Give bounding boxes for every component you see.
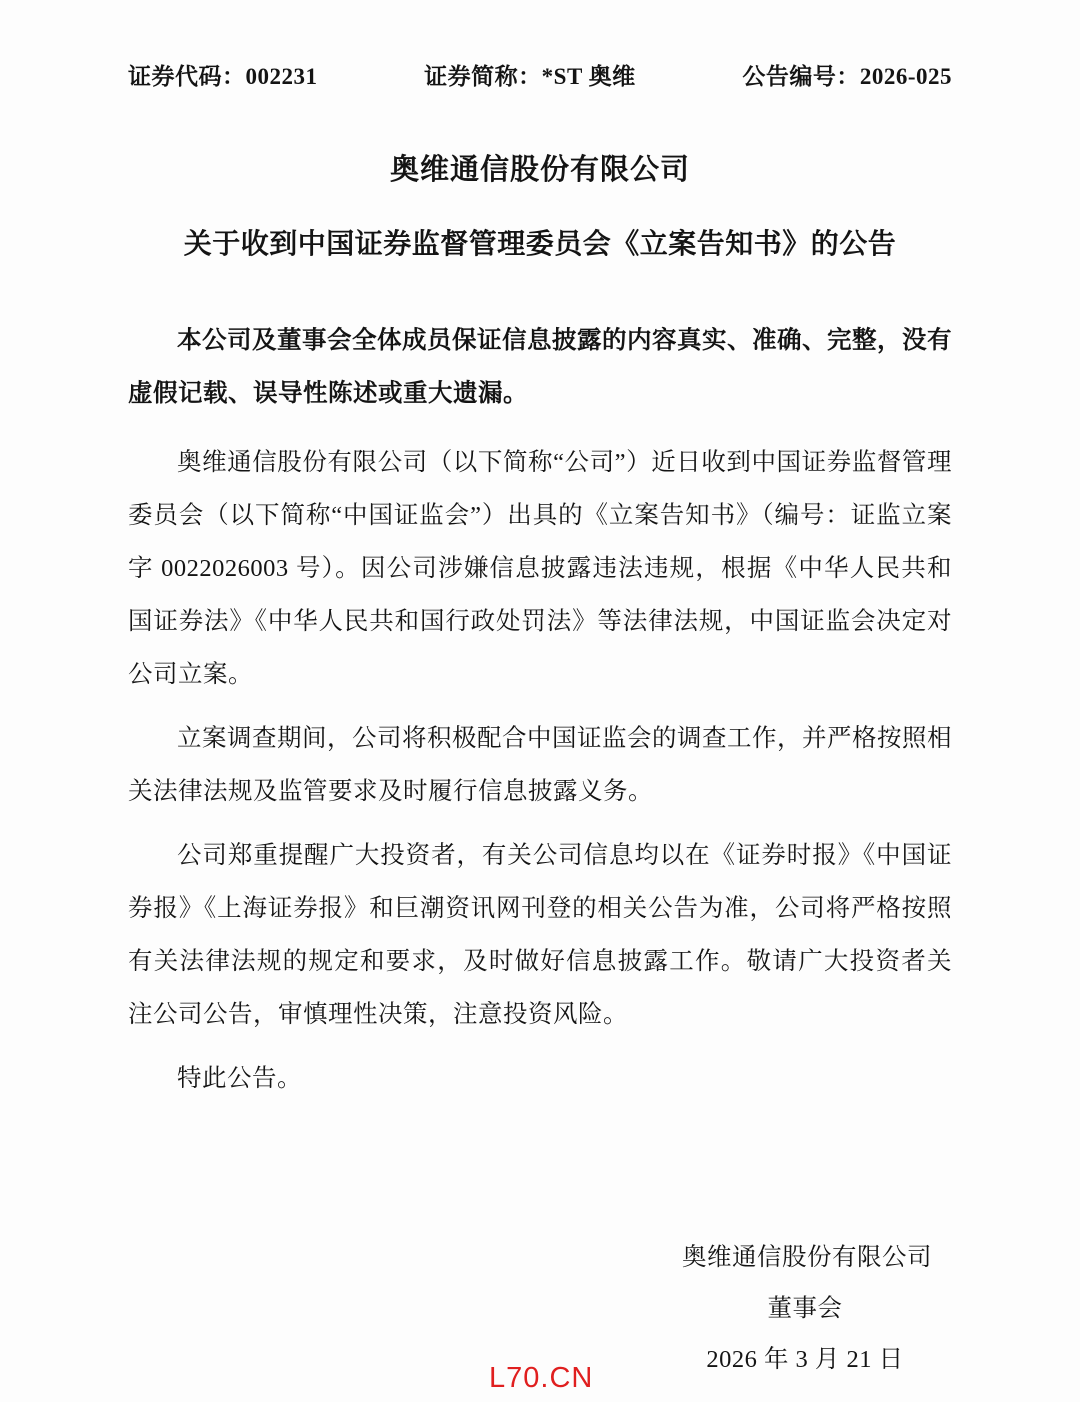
announcement-title: 关于收到中国证券监督管理委员会《立案告知书》的公告 — [128, 222, 952, 262]
body-paragraph-1: 奥维通信股份有限公司（以下简称“公司”）近日收到中国证券监督管理委员会（以下简称… — [128, 436, 952, 701]
stock-abbr-text: 证券简称：*ST 奥维 — [424, 58, 635, 91]
document-header-row: 证券代码：002231 证券简称：*ST 奥维 公告编号：2026-025 — [128, 0, 952, 91]
body-paragraph-3: 公司郑重提醒广大投资者，有关公司信息均以在《证券时报》《中国证券报》《上海证券报… — [128, 829, 952, 1041]
signature-date: 2026 年 3 月 21 日 — [682, 1334, 928, 1385]
signature-company: 奥维通信股份有限公司 — [682, 1232, 928, 1283]
signature-block: 奥维通信股份有限公司 董事会 2026 年 3 月 21 日 — [682, 1232, 928, 1385]
closing-text: 特此公告。 — [128, 1052, 952, 1105]
disclaimer-paragraph: 本公司及董事会全体成员保证信息披露的内容真实、准确、完整，没有虚假记载、误导性陈… — [128, 314, 952, 420]
announcement-no-text: 公告编号：2026-025 — [742, 58, 952, 91]
announcement-body: 本公司及董事会全体成员保证信息披露的内容真实、准确、完整，没有虚假记载、误导性陈… — [128, 314, 952, 1105]
body-paragraph-2: 立案调查期间，公司将积极配合中国证监会的调查工作，并严格按照相关法律法规及监管要… — [128, 712, 952, 818]
company-title: 奥维通信股份有限公司 — [128, 147, 952, 188]
watermark-text: L70.CN — [489, 1362, 593, 1395]
signature-issuer: 董事会 — [682, 1283, 928, 1334]
stock-code-text: 证券代码：002231 — [128, 58, 318, 91]
announcement-page: 证券代码：002231 证券简称：*ST 奥维 公告编号：2026-025 奥维… — [0, 0, 1080, 1402]
